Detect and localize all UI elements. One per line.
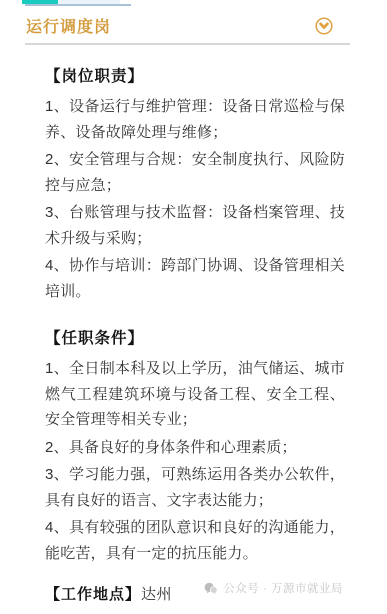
- duty-item: 2、安全管理与合规：安全制度执行、风险防控与应急；: [45, 147, 345, 198]
- work-location-value: 达州: [141, 586, 172, 603]
- duty-item: 3、台账管理与技术监督：设备档案管理、技术升级与采购；: [45, 200, 345, 251]
- job-accordion-header[interactable]: 运行调度岗: [0, 0, 387, 43]
- top-remnant-blue-line: [25, 4, 131, 6]
- job-description: 【岗位职责】 1、设备运行与维护管理：设备日常巡检与保养、设备故障处理与维修； …: [0, 45, 387, 604]
- chevron-down-circle-icon[interactable]: [315, 17, 333, 35]
- job-detail-page: 运行调度岗 【岗位职责】 1、设备运行与维护管理：设备日常巡检与保养、设备故障处…: [0, 0, 387, 614]
- qualification-item: 3、学习能力强，可熟练运用各类办公软件，具有良好的语言、文字表达能力；: [45, 462, 345, 513]
- qualification-item: 4、具有较强的团队意识和良好的沟通能力，能吃苦，具有一定的抗压能力。: [45, 515, 345, 566]
- duty-item: 1、设备运行与维护管理：设备日常巡检与保养、设备故障处理与维修；: [45, 94, 345, 145]
- section-duties: 【岗位职责】 1、设备运行与维护管理：设备日常巡检与保养、设备故障处理与维修； …: [45, 64, 345, 304]
- job-title: 运行调度岗: [26, 14, 111, 37]
- watermark: 公众号 · 万源市就业局: [204, 580, 343, 596]
- qualification-item: 1、全日制本科及以上学历，油气储运、城市燃气工程建筑环境与设备工程、安全工程、安…: [45, 356, 345, 433]
- wechat-logo-icon: [204, 582, 218, 595]
- section-qualifications: 【任职条件】 1、全日制本科及以上学历，油气储运、城市燃气工程建筑环境与设备工程…: [45, 326, 345, 566]
- qualification-item: 2、具备良好的身体条件和心理素质；: [45, 435, 345, 461]
- work-location-label: 【工作地点】: [45, 586, 141, 603]
- section-heading-qualifications: 【任职条件】: [45, 326, 345, 348]
- section-heading-duties: 【岗位职责】: [45, 64, 345, 86]
- duty-item: 4、协作与培训：跨部门协调、设备管理相关培训。: [45, 253, 345, 304]
- watermark-text: 公众号 · 万源市就业局: [223, 580, 343, 596]
